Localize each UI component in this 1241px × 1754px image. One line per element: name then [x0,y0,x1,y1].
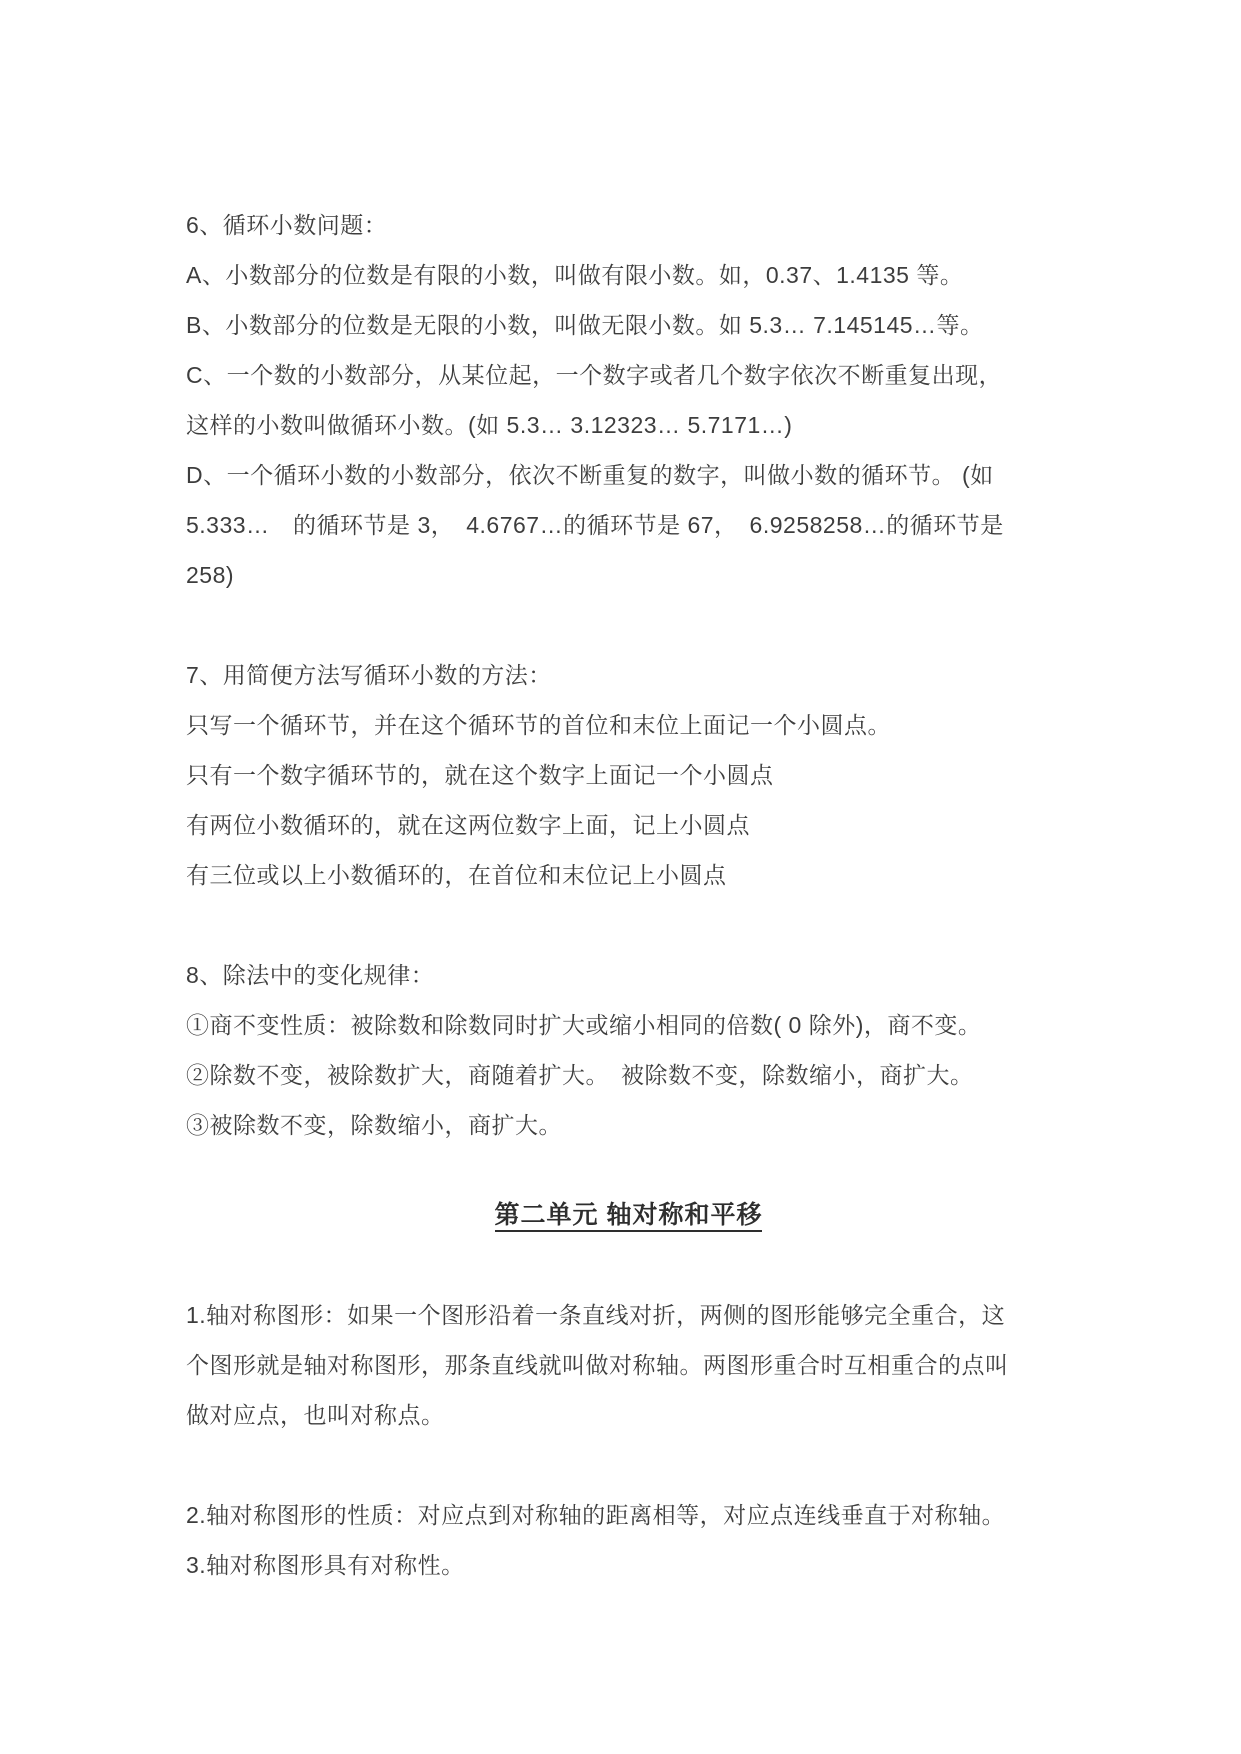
text-line: 只写一个循环节，并在这个循环节的首位和末位上面记一个小圆点。 [186,700,1071,750]
text-line: 5.333… 的循环节是 3， 4.6767…的循环节是 67， 6.92582… [186,500,1071,550]
text-line: 258) [186,550,1071,600]
text-line: ①商不变性质：被除数和除数同时扩大或缩小相同的倍数( 0 除外)，商不变。 [186,1000,1071,1050]
unit-2-heading-text: 第二单元 轴对称和平移 [495,1201,763,1232]
text-line: ②除数不变，被除数扩大，商随着扩大。 被除数不变，除数缩小，商扩大。 [186,1050,1071,1100]
section-axis-symmetry-properties: 2.轴对称图形的性质：对应点到对称轴的距离相等，对应点连线垂直于对称轴。 3.轴… [186,1490,1071,1590]
text-line: 个图形就是轴对称图形，那条直线就叫做对称轴。两图形重合时互相重合的点叫 [186,1340,1071,1390]
text-line: C、一个数的小数部分，从某位起，一个数字或者几个数字依次不断重复出现， [186,350,1071,400]
unit-2-heading: 第二单元 轴对称和平移 [186,1190,1071,1240]
text-line: B、小数部分的位数是无限的小数，叫做无限小数。如 5.3… 7.145145…等… [186,300,1071,350]
text-line: 3.轴对称图形具有对称性。 [186,1540,1071,1590]
section-title: 7、用简便方法写循环小数的方法： [186,650,1071,700]
section-title: 6、循环小数问题： [186,200,1071,250]
text-line: 1.轴对称图形：如果一个图形沿着一条直线对折，两侧的图形能够完全重合，这 [186,1290,1071,1340]
text-line: 有两位小数循环的，就在这两位数字上面，记上小圆点 [186,800,1071,850]
text-line: 这样的小数叫做循环小数。(如 5.3… 3.12323… 5.7171…) [186,400,1071,450]
section-writing-repeating-decimals: 7、用简便方法写循环小数的方法： 只写一个循环节，并在这个循环节的首位和末位上面… [186,650,1071,900]
text-line: 做对应点，也叫对称点。 [186,1390,1071,1440]
text-line: D、一个循环小数的小数部分，依次不断重复的数字，叫做小数的循环节。 (如 [186,450,1071,500]
text-line: 2.轴对称图形的性质：对应点到对称轴的距离相等，对应点连线垂直于对称轴。 [186,1490,1071,1540]
text-line: ③被除数不变，除数缩小，商扩大。 [186,1100,1071,1150]
text-line: A、小数部分的位数是有限的小数，叫做有限小数。如，0.37、1.4135 等。 [186,250,1071,300]
document-page: 6、循环小数问题： A、小数部分的位数是有限的小数，叫做有限小数。如，0.37、… [0,0,1241,1754]
section-title: 8、除法中的变化规律： [186,950,1071,1000]
section-division-rules: 8、除法中的变化规律： ①商不变性质：被除数和除数同时扩大或缩小相同的倍数( 0… [186,950,1071,1150]
section-axis-symmetry-definition: 1.轴对称图形：如果一个图形沿着一条直线对折，两侧的图形能够完全重合，这 个图形… [186,1290,1071,1440]
text-line: 只有一个数字循环节的，就在这个数字上面记一个小圆点 [186,750,1071,800]
section-repeating-decimals: 6、循环小数问题： A、小数部分的位数是有限的小数，叫做有限小数。如，0.37、… [186,200,1071,600]
text-line: 有三位或以上小数循环的，在首位和末位记上小圆点 [186,850,1071,900]
